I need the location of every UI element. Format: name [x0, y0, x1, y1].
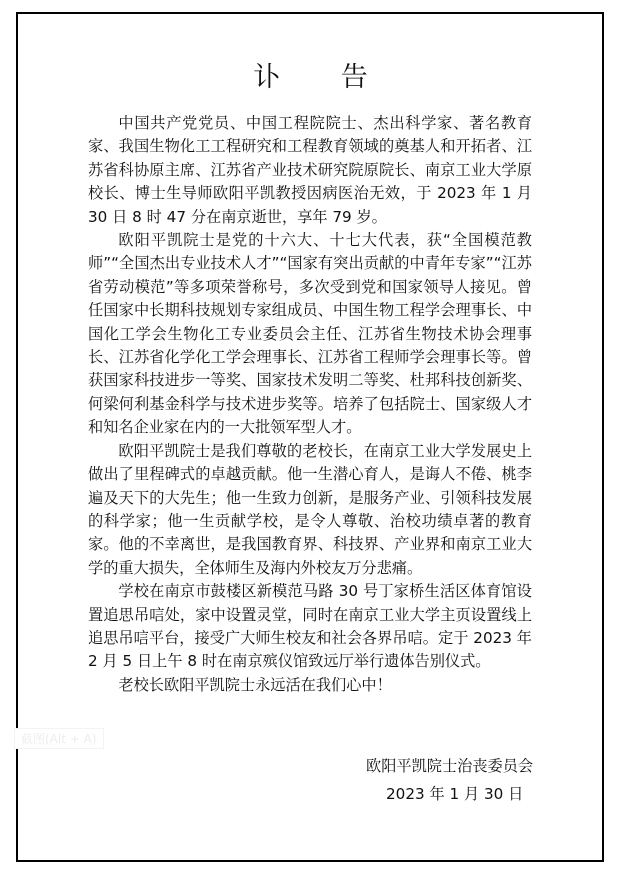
paragraph-memorial-arrangements: 学校在南京市鼓楼区新模范马路 30 号丁家桥生活区体育馆设置追思吊唁处，家中设置…: [88, 580, 532, 674]
paragraph-announcement: 中国共产党党员、中国工程院院士、杰出科学家、著名教育家、我国生物化工工程研究和工…: [88, 112, 532, 229]
document-body: 中国共产党党员、中国工程院院士、杰出科学家、著名教育家、我国生物化工工程研究和工…: [88, 112, 532, 697]
signature-date: 2023 年 1 月 30 日: [386, 779, 523, 809]
screenshot-hint-overlay: 截图(Alt + A): [14, 728, 104, 749]
signature-organization: 欧阳平凯院士治丧委员会: [366, 751, 533, 781]
paragraph-closing: 老校长欧阳平凯院士永远活在我们心中！: [88, 674, 532, 697]
document-title: 讣 告: [0, 60, 621, 96]
paragraph-honors: 欧阳平凯院士是党的十六大、十七大代表，获“全国模范教师”“全国杰出专业技术人才”…: [88, 229, 532, 440]
paragraph-contributions: 欧阳平凯院士是我们尊敬的老校长，在南京工业大学发展史上做出了里程碑式的卓越贡献。…: [88, 440, 532, 580]
